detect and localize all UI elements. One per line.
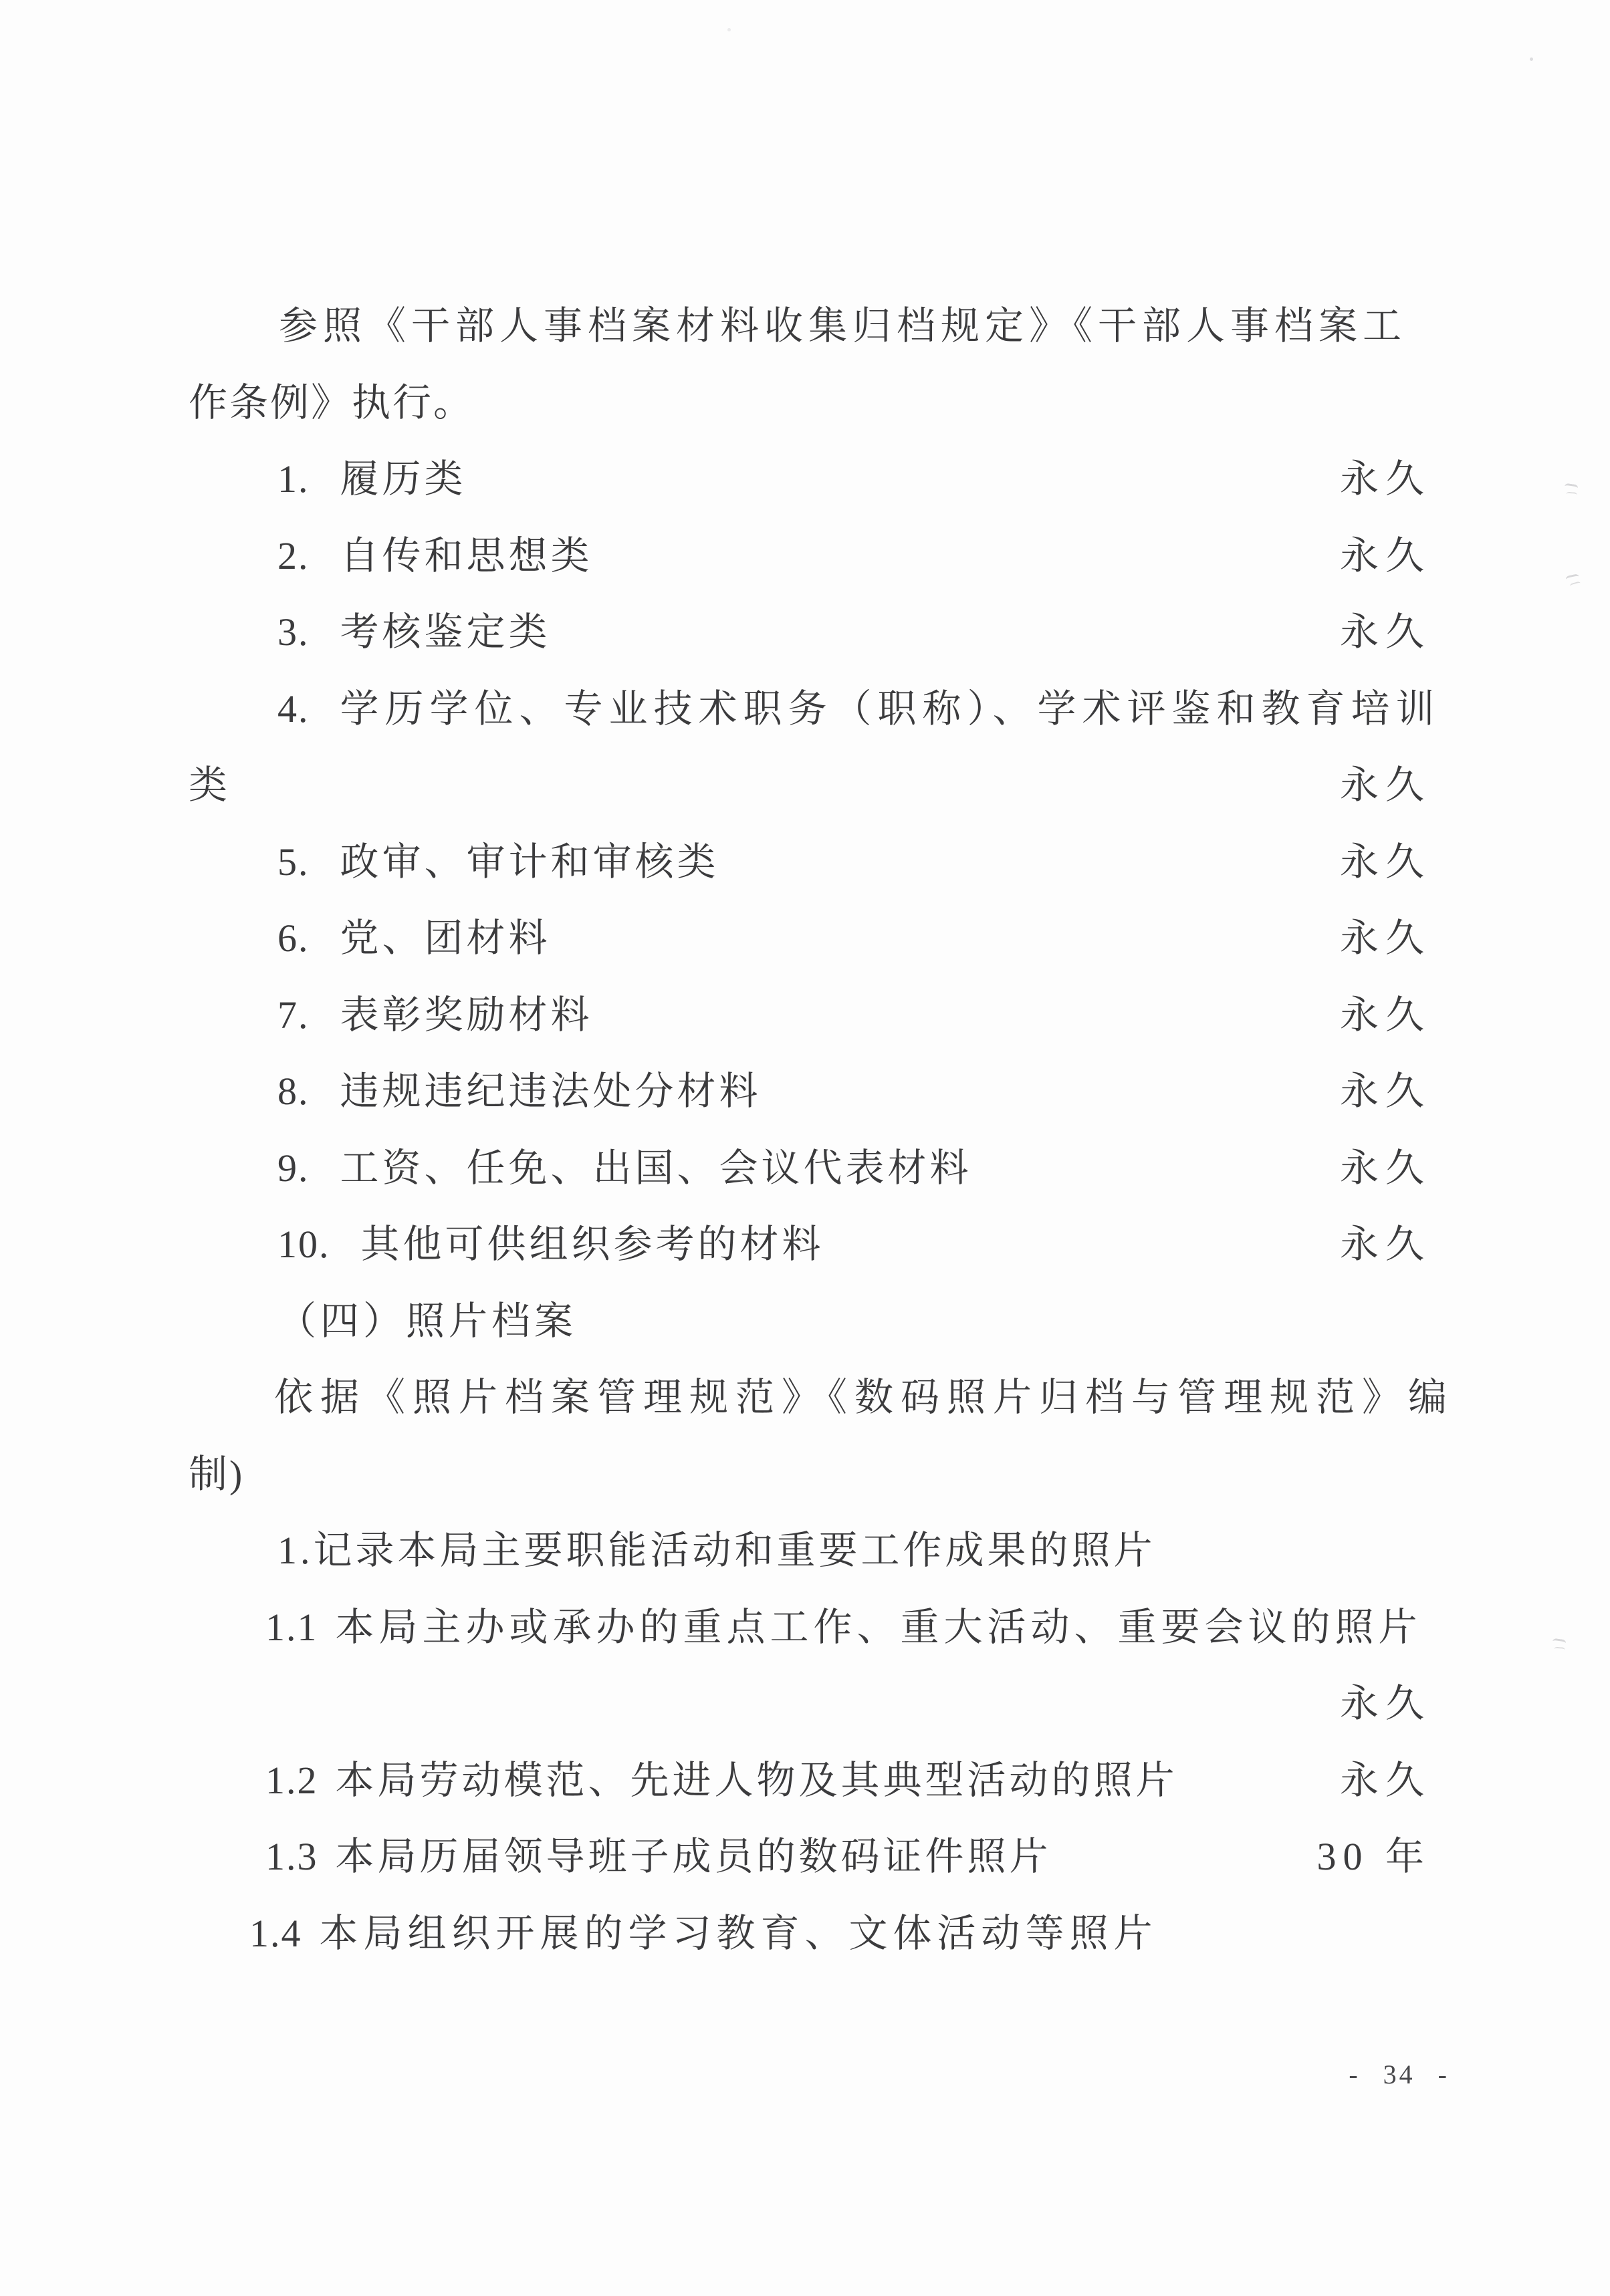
item-label: 考核鉴定类 xyxy=(340,608,551,656)
item-number: 9. xyxy=(277,1144,310,1192)
photo-item-1-1-line-2: 永久 xyxy=(189,1680,1431,1757)
retention-value: 永久 xyxy=(1340,1680,1431,1728)
item-number: 7. xyxy=(277,991,310,1039)
retention-value: 永久 xyxy=(1340,1144,1431,1192)
retention-value: 永久 xyxy=(1340,1067,1431,1116)
item-number: 3. xyxy=(277,608,310,656)
item-label: 本局主办或承办的重点工作、重大活动、重要会议的照片 xyxy=(336,1604,1422,1652)
retention-value: 永久 xyxy=(1340,455,1431,503)
item-label: 本局历届领导班子成员的数码证件照片 xyxy=(336,1833,1052,1881)
photo-item-1-1-line-1: 1.1 本局主办或承办的重点工作、重大活动、重要会议的照片 xyxy=(189,1604,1431,1680)
retention-value: 永久 xyxy=(1340,532,1431,580)
cadre-item-9: 9. 工资、任免、出国、会议代表材料 永久 xyxy=(189,1144,1431,1221)
retention-value: 永久 xyxy=(1340,838,1431,886)
scan-speck xyxy=(1530,57,1533,61)
intro-line-2: 作条例》执行。 xyxy=(189,379,1431,456)
photo-section-heading: （四）照片档案 xyxy=(189,1297,1431,1374)
item-number: 1.1 xyxy=(265,1604,318,1652)
item-number: 6. xyxy=(277,914,310,963)
cadre-item-1: 1. 履历类 永久 xyxy=(189,455,1431,532)
photo-basis-line-2: 制) xyxy=(189,1450,1431,1527)
item-label: 履历类 xyxy=(340,455,467,503)
item-number: 1.2 xyxy=(265,1757,318,1805)
item-label: 政审、审计和审核类 xyxy=(340,838,719,886)
retention-value: 30 年 xyxy=(1316,1833,1431,1881)
scan-speck xyxy=(727,28,731,31)
item-label: 党、团材料 xyxy=(340,914,551,963)
item-number: 5. xyxy=(277,838,310,886)
cadre-item-6: 6. 党、团材料 永久 xyxy=(189,914,1431,991)
item-label: 学历学位、专业技术职务（职称）、学术评鉴和教育培训 xyxy=(340,685,1441,733)
item-number: 4. xyxy=(277,685,310,733)
item-label: 自传和思想类 xyxy=(340,532,593,580)
scan-speck xyxy=(1564,483,1578,492)
photo-group-1-heading: 1.记录本局主要职能活动和重要工作成果的照片 xyxy=(189,1527,1431,1604)
item-number: 1. xyxy=(277,455,310,503)
cadre-item-5: 5. 政审、审计和审核类 永久 xyxy=(189,838,1431,915)
retention-value: 永久 xyxy=(1340,608,1431,656)
scan-speck xyxy=(1552,1638,1566,1647)
photo-basis-line-1: 依据《照片档案管理规范》《数码照片归档与管理规范》编 xyxy=(189,1374,1431,1450)
item-label: 表彰奖励材料 xyxy=(340,991,593,1039)
document-page: 参照《干部人事档案材料收集归档规定》《干部人事档案工 作条例》执行。 1. 履历… xyxy=(0,0,1610,2296)
item-label: 本局组织开展的学习教育、文体活动等照片 xyxy=(320,1910,1158,1958)
retention-value: 永久 xyxy=(1340,761,1431,809)
photo-item-1-2: 1.2 本局劳动模范、先进人物及其典型活动的照片 永久 xyxy=(189,1757,1431,1833)
photo-item-1-4: 1.4 本局组织开展的学习教育、文体活动等照片 xyxy=(189,1910,1431,1987)
item-label: 本局劳动模范、先进人物及其典型活动的照片 xyxy=(336,1757,1178,1805)
retention-value: 永久 xyxy=(1340,1221,1431,1269)
scan-speck xyxy=(1565,573,1580,583)
retention-value: 永久 xyxy=(1340,914,1431,963)
retention-value: 永久 xyxy=(1340,991,1431,1039)
item-label-continuation: 类 xyxy=(189,761,227,809)
cadre-item-10: 10. 其他可供组织参考的材料 永久 xyxy=(189,1221,1431,1297)
item-number: 2. xyxy=(277,532,310,580)
cadre-item-4-line-1: 4. 学历学位、专业技术职务（职称）、学术评鉴和教育培训 xyxy=(189,685,1431,762)
page-number: - 34 - xyxy=(1349,2059,1450,2090)
item-label: 其他可供组织参考的材料 xyxy=(361,1221,824,1269)
item-label: 违规违纪违法处分材料 xyxy=(340,1067,762,1116)
document-body: 参照《干部人事档案材料收集归档规定》《干部人事档案工 作条例》执行。 1. 履历… xyxy=(189,302,1431,1986)
cadre-item-4-line-2: 类 永久 xyxy=(189,761,1431,838)
cadre-item-8: 8. 违规违纪违法处分材料 永久 xyxy=(189,1067,1431,1144)
item-number: 8. xyxy=(277,1067,310,1116)
cadre-item-7: 7. 表彰奖励材料 永久 xyxy=(189,991,1431,1068)
cadre-item-2: 2. 自传和思想类 永久 xyxy=(189,532,1431,609)
retention-value: 永久 xyxy=(1340,1757,1431,1805)
cadre-item-3: 3. 考核鉴定类 永久 xyxy=(189,608,1431,685)
item-number: 1.4 xyxy=(249,1910,302,1958)
photo-item-1-3: 1.3 本局历届领导班子成员的数码证件照片 30 年 xyxy=(189,1833,1431,1910)
item-label: 工资、任免、出国、会议代表材料 xyxy=(340,1144,972,1192)
item-number: 10. xyxy=(277,1221,330,1269)
intro-line-1: 参照《干部人事档案材料收集归档规定》《干部人事档案工 xyxy=(189,302,1431,379)
item-number: 1.3 xyxy=(265,1833,318,1881)
